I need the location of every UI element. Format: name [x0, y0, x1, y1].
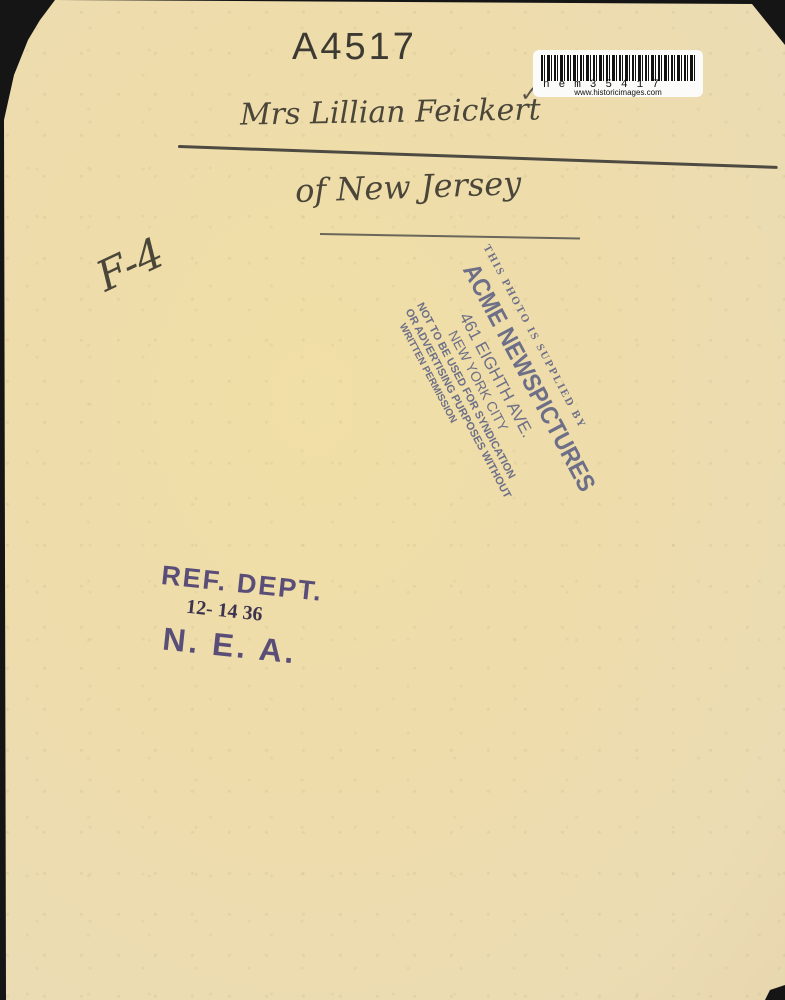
barcode-url: www.historicimages.com	[533, 88, 703, 97]
paper-texture	[0, 0, 785, 1000]
subject-name: Mrs Lillian Feickert	[240, 92, 541, 132]
ref-dept-stamp: REF. DEPT. 12- 14 36 N. E. A.	[153, 560, 325, 673]
subject-origin: of New Jersey	[294, 164, 521, 210]
catalog-number: A4517	[292, 26, 417, 69]
barcode-label: nem35417 www.historicimages.com	[533, 50, 703, 97]
barcode-icon	[541, 55, 695, 81]
photo-back-paper: A4517 ✓ Mrs Lillian Feickert of New Jers…	[0, 0, 785, 1000]
